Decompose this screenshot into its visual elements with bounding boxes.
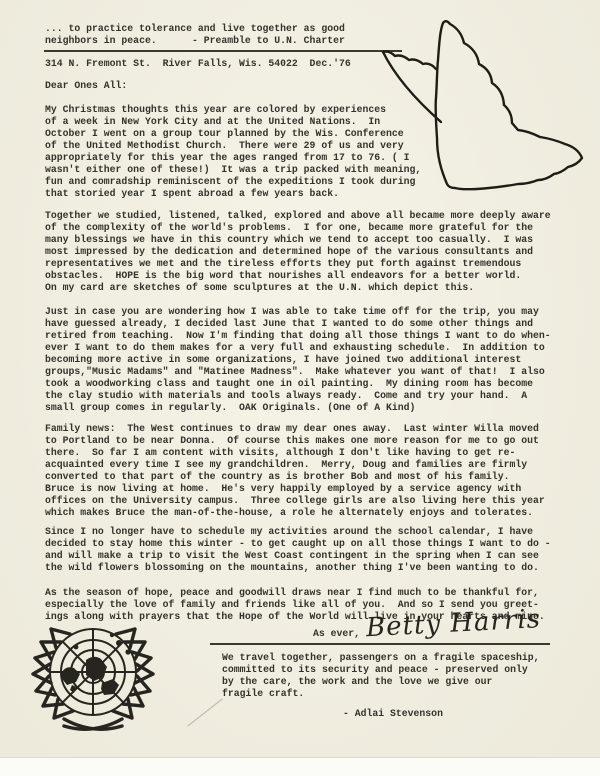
footer-divider (210, 643, 550, 645)
header-divider (44, 50, 402, 52)
footer-quote: We travel together, passengers on a frag… (222, 652, 539, 700)
paragraph-2: Together we studied, listened, talked, e… (45, 210, 551, 294)
salutation: Dear Ones All: (45, 80, 127, 92)
footer-quote-attribution: - Adlai Stevenson (343, 708, 443, 720)
paragraph-3: Just in case you are wondering how I was… (45, 306, 551, 414)
paragraph-1: My Christmas thoughts this year are colo… (45, 104, 421, 200)
pencil-mark (187, 699, 222, 727)
address-date-line: 314 N. Fremont St. River Falls, Wis. 540… (45, 58, 351, 70)
preamble-quote: ... to practice tolerance and live toget… (45, 23, 345, 47)
scan-edge (0, 757, 600, 776)
un-emblem-icon (24, 622, 164, 737)
letter-page: ... to practice tolerance and live toget… (0, 0, 600, 776)
paragraph-4: Family news: The West continues to draw … (45, 423, 545, 519)
valediction: As ever, (313, 628, 360, 640)
paragraph-5: Since I no longer have to schedule my ac… (45, 526, 551, 574)
